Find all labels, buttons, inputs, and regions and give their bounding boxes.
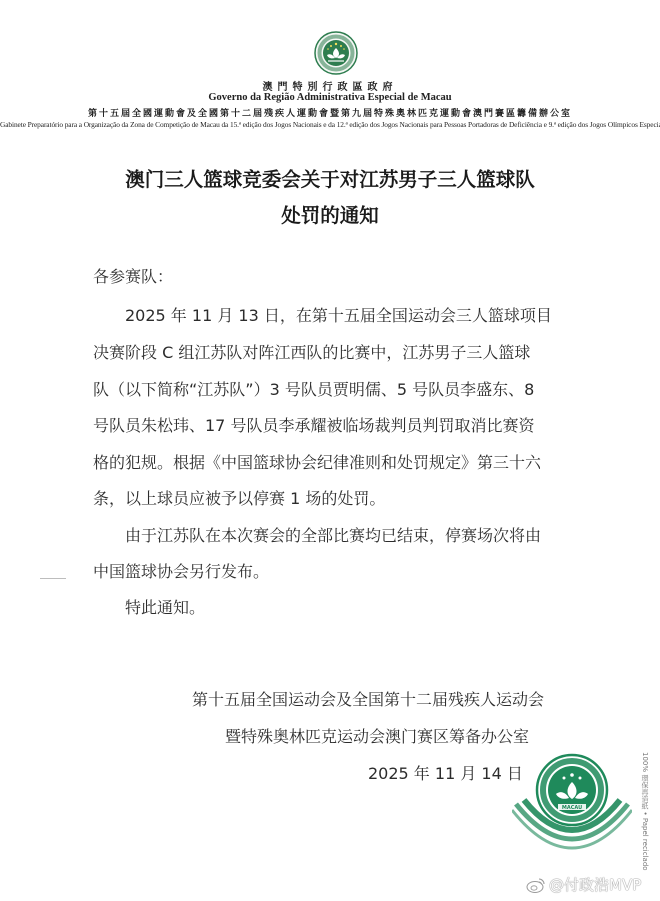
paragraph-line: 中国篮球协会另行发布。 bbox=[93, 559, 269, 582]
paragraph-line: 队（以下简称“江苏队”）3 号队员贾明儒、5 号队员李盛东、8 bbox=[93, 377, 534, 400]
svg-text:MACAU: MACAU bbox=[562, 805, 582, 811]
signature-org-line1: 第十五届全国运动会及全国第十二届残疾人运动会 bbox=[192, 687, 544, 710]
macau-emblem-icon bbox=[314, 31, 358, 75]
office-name-cn: 第十五屆全國運動會及全國第十二屆殘疾人運動會暨第九屆特殊奧林匹克運動會澳門賽區籌… bbox=[0, 106, 660, 119]
notice-title-line1: 澳门三人篮球竞委会关于对江苏男子三人篮球队 bbox=[0, 164, 660, 192]
paragraph-line: 格的犯规。根据《中国篮球协会纪律准则和处罚规定》第三十六 bbox=[93, 450, 541, 473]
signature-date: 2025 年 11 月 14 日 bbox=[368, 761, 523, 784]
closing-line: 特此通知。 bbox=[125, 595, 205, 618]
notice-title-line2: 处罚的通知 bbox=[0, 200, 660, 228]
weibo-icon bbox=[526, 876, 546, 894]
watermark-text: @付政浩MVP bbox=[549, 874, 641, 895]
official-seal-icon: MACAU bbox=[512, 752, 632, 862]
fold-mark bbox=[40, 578, 66, 579]
paragraph-line: 号队员朱松玮、17 号队员李承耀被临场裁判员判罚取消比赛资 bbox=[93, 413, 534, 436]
paragraph-line: 由于江苏队在本次赛会的全部比赛均已结束，停赛场次将由 bbox=[125, 523, 541, 546]
signature-org-line2: 暨特殊奥林匹克运动会澳门赛区筹备办公室 bbox=[225, 724, 529, 747]
paragraph-line: 条，以上球员应被予以停赛 1 场的处罚。 bbox=[93, 486, 385, 509]
paragraph-line: 决赛阶段 C 组江苏队对阵江西队的比赛中，江苏男子三人篮球 bbox=[93, 340, 530, 363]
paragraph-line: 2025 年 11 月 13 日，在第十五届全国运动会三人篮球项目 bbox=[125, 303, 552, 326]
weibo-watermark: @付政浩MVP bbox=[526, 874, 641, 895]
recycled-paper-note: 100% 環保再造紙 • Papel reciclado bbox=[636, 752, 650, 852]
office-name-pt: Gabinete Preparatório para a Organização… bbox=[0, 120, 660, 129]
org-name-cn: 澳門特別行政區政府 bbox=[0, 78, 660, 93]
salutation: 各参赛队： bbox=[93, 264, 173, 287]
org-name-pt: Governo da Região Administrativa Especia… bbox=[0, 92, 660, 103]
